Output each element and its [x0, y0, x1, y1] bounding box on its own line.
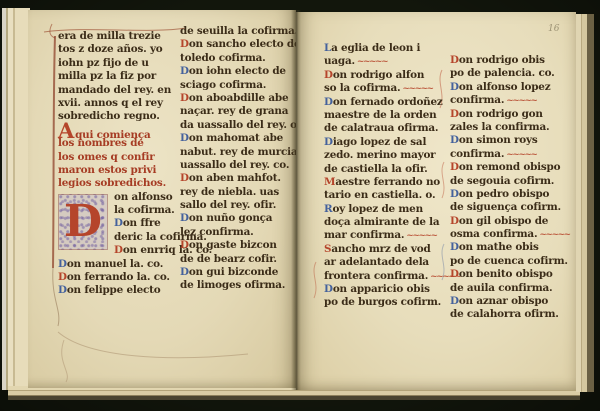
manuscript-text-line: da uassallo del rey. o. [180, 119, 292, 132]
colored-initial: D [180, 172, 189, 184]
colored-initial: D [324, 283, 333, 295]
manuscript-text-line: los nombres de [58, 137, 180, 150]
colored-initial: D [450, 81, 459, 93]
colored-initial: D [450, 161, 459, 173]
manuscript-text-line: po de burgos cofirm. [324, 296, 448, 309]
manuscript-text-line: doça almirante de la [324, 216, 448, 229]
manuscript-text-line: lez confirma. [180, 226, 292, 239]
manuscript-text-line: de siguença cofirm. [450, 201, 570, 214]
manuscript-text-line: de limoges ofirma. [180, 279, 292, 292]
colored-initial: D [180, 38, 189, 50]
colored-initial: D [180, 132, 189, 144]
manuscript-text-line: de seuilla la cofirma. [180, 25, 292, 38]
page-edges-right [576, 14, 594, 392]
manuscript-text-line: de calatraua ofirma. [324, 122, 448, 135]
manuscript-text-line: era de milla trezie [58, 30, 180, 43]
manuscript-text-line: xvii. annos q el rey [58, 97, 180, 110]
manuscript-text-line: Don gaste bizcon [180, 239, 292, 252]
manuscript-text-line: Aqui comiença [58, 124, 180, 137]
illuminated-initial: D [58, 194, 108, 250]
colored-initial: D [58, 258, 67, 270]
colored-initial: D [180, 92, 189, 104]
manuscript-text-line: toledo cofirma. [180, 52, 292, 65]
manuscript-text-line: Diago lopez de sal [324, 136, 448, 149]
colored-initial: D [450, 268, 459, 280]
right-page-column-2: Don rodrigo obispo de palencia. co.Don a… [450, 54, 570, 322]
manuscript-text-line: los omes q confir [58, 151, 180, 164]
colored-initial: D [450, 134, 459, 146]
colored-initial: D [58, 271, 67, 283]
manuscript-text-line: La eglia de leon i [324, 42, 448, 55]
manuscript-text-line: Don rodrigo alfon [324, 69, 448, 82]
colored-initial: D [114, 217, 123, 229]
manuscript-text-line: de de bearz cofir. [180, 253, 292, 266]
right-page: 16 La eglia de leon iuaga.~~~~~Don rodri… [296, 12, 576, 390]
colored-initial: D [114, 244, 123, 256]
left-page-column-1: era de milla trezietos z doze años. yoio… [58, 30, 180, 298]
manuscript-text-line: uassallo del rey. co. [180, 159, 292, 172]
line-filler-ornament: ~~~~~ [506, 96, 536, 106]
manuscript-text-line: po de palencia. co. [450, 67, 570, 80]
manuscript-text-line: confirma.~~~~~ [450, 94, 570, 107]
line-filler-ornament: ~~~~~ [406, 231, 436, 241]
colored-initial: D [450, 54, 459, 66]
colored-initial: M [324, 176, 335, 188]
line-filler-ornament: ~~~~~ [357, 57, 387, 67]
manuscript-text-line: legios sobredichos. [58, 177, 180, 190]
right-page-column-1: La eglia de leon iuaga.~~~~~Don rodrigo … [324, 42, 448, 310]
manuscript-text-line: Don gil obispo de [450, 215, 570, 228]
manuscript-text-line: ar adelantado dela [324, 256, 448, 269]
manuscript-text-line: maestre de la orden [324, 109, 448, 122]
manuscript-text-line: Don remond obispo [450, 161, 570, 174]
colored-initial: D [450, 215, 459, 227]
manuscript-text-line: tario en castiella. o. [324, 189, 448, 202]
colored-initial: D [450, 108, 459, 120]
manuscript-text-line: milla pz la fiz por [58, 70, 180, 83]
manuscript-text-line: Don rodrigo obis [450, 54, 570, 67]
colored-initial: D [450, 188, 459, 200]
manuscript-text-line: de segouia cofirm. [450, 175, 570, 188]
manuscript-text-line: Don sancho electo de [180, 38, 292, 51]
manuscript-text-line: Don mahomat abe [180, 132, 292, 145]
manuscript-text-line: Don alfonso lopez [450, 81, 570, 94]
manuscript-text-line: Don mathe obis [450, 241, 570, 254]
manuscript-text-line: Maestre ferrando no [324, 176, 448, 189]
manuscript-text-line: de castiella la ofir. [324, 163, 448, 176]
colored-initial: D [450, 241, 459, 253]
manuscript-text-line: Don apparicio obis [324, 283, 448, 296]
manuscript-text-line: Don ferrando la. co. [58, 271, 180, 284]
manuscript-text-line: mar confirma.~~~~~ [324, 229, 448, 242]
manuscript-text-line: po de cuenca cofirm. [450, 255, 570, 268]
manuscript-text-line: sobredicho regno. [58, 110, 180, 123]
line-filler-ornament: ~~~~~ [539, 230, 569, 240]
colored-initial: D [180, 266, 189, 278]
manuscript-text-line: zales la confirma. [450, 121, 570, 134]
colored-initial: D [58, 284, 67, 296]
manuscript-text-line: Don nuño gonça [180, 212, 292, 225]
left-page: era de milla trezietos z doze años. yoio… [28, 10, 296, 388]
manuscript-text-line: Don aboabdille abe [180, 92, 292, 105]
line-filler-ornament: ~~~~~ [402, 84, 432, 94]
manuscript-text-line: Don benito obispo [450, 268, 570, 281]
manuscript-text-line: confirma.~~~~~ [450, 148, 570, 161]
folio-number: 16 [548, 24, 559, 34]
colored-initial: D [324, 96, 333, 108]
colored-initial: D [324, 69, 333, 81]
manuscript-text-line: Roy lopez de men [324, 203, 448, 216]
manuscript-text-line: Don pedro obispo [450, 188, 570, 201]
manuscript-text-line: Don rodrigo gon [450, 108, 570, 121]
line-filler-ornament: ~~~~~ [506, 150, 536, 160]
manuscript-text-line: iohn pz fijo de u [58, 57, 180, 70]
manuscript-text-line: zedo. merino mayor [324, 149, 448, 162]
manuscript-text-line: Don fernado ordoñez [324, 96, 448, 109]
manuscript-text-line: Sancho mrz de vod [324, 243, 448, 256]
manuscript-text-line: sciago cofirma. [180, 79, 292, 92]
manuscript-text-line: uaga.~~~~~ [324, 55, 448, 68]
manuscript-text-line: rey de niebla. uas [180, 186, 292, 199]
manuscript-text-line: Don iohn electo de [180, 65, 292, 78]
manuscript-text-line: Don simon roys [450, 134, 570, 147]
colored-initial: D [324, 136, 333, 148]
colored-initial: D [180, 239, 189, 251]
manuscript-text-line: naçar. rey de grana [180, 105, 292, 118]
manuscript-text-line: frontera confirma.~~~~~ [324, 270, 448, 283]
book-gutter [291, 10, 301, 390]
colored-initial: D [180, 212, 189, 224]
manuscript-text-line: tos z doze años. yo [58, 43, 180, 56]
manuscript-text-line: Don gui bizconde [180, 266, 292, 279]
colored-initial: D [180, 65, 189, 77]
manuscript-text-line: Don manuel la. co. [58, 258, 180, 271]
manuscript-text-line: Don felippe electo [58, 284, 180, 297]
manuscript-text-line: mandado del rey. en [58, 84, 180, 97]
manuscript-text-line: maron estos privi [58, 164, 180, 177]
manuscript-text-line: Don aznar obispo [450, 295, 570, 308]
page-edges-left [2, 8, 30, 390]
manuscript-text-line: sallo del rey. ofir. [180, 199, 292, 212]
left-page-column-2: de seuilla la cofirma.Don sancho electo … [180, 25, 292, 293]
manuscript-text-line: nabut. rey de murcia [180, 146, 292, 159]
colored-initial: D [450, 295, 459, 307]
manuscript-text-line: so la cofirma.~~~~~ [324, 82, 448, 95]
manuscript-text-line: de calahorra ofirm. [450, 308, 570, 321]
manuscript-text-line: osma confirma.~~~~~ [450, 228, 570, 241]
manuscript-text-line: Don aben mahfot. [180, 172, 292, 185]
manuscript-text-line: de auila confirma. [450, 282, 570, 295]
photograph-background: era de milla trezietos z doze años. yoio… [0, 0, 600, 411]
